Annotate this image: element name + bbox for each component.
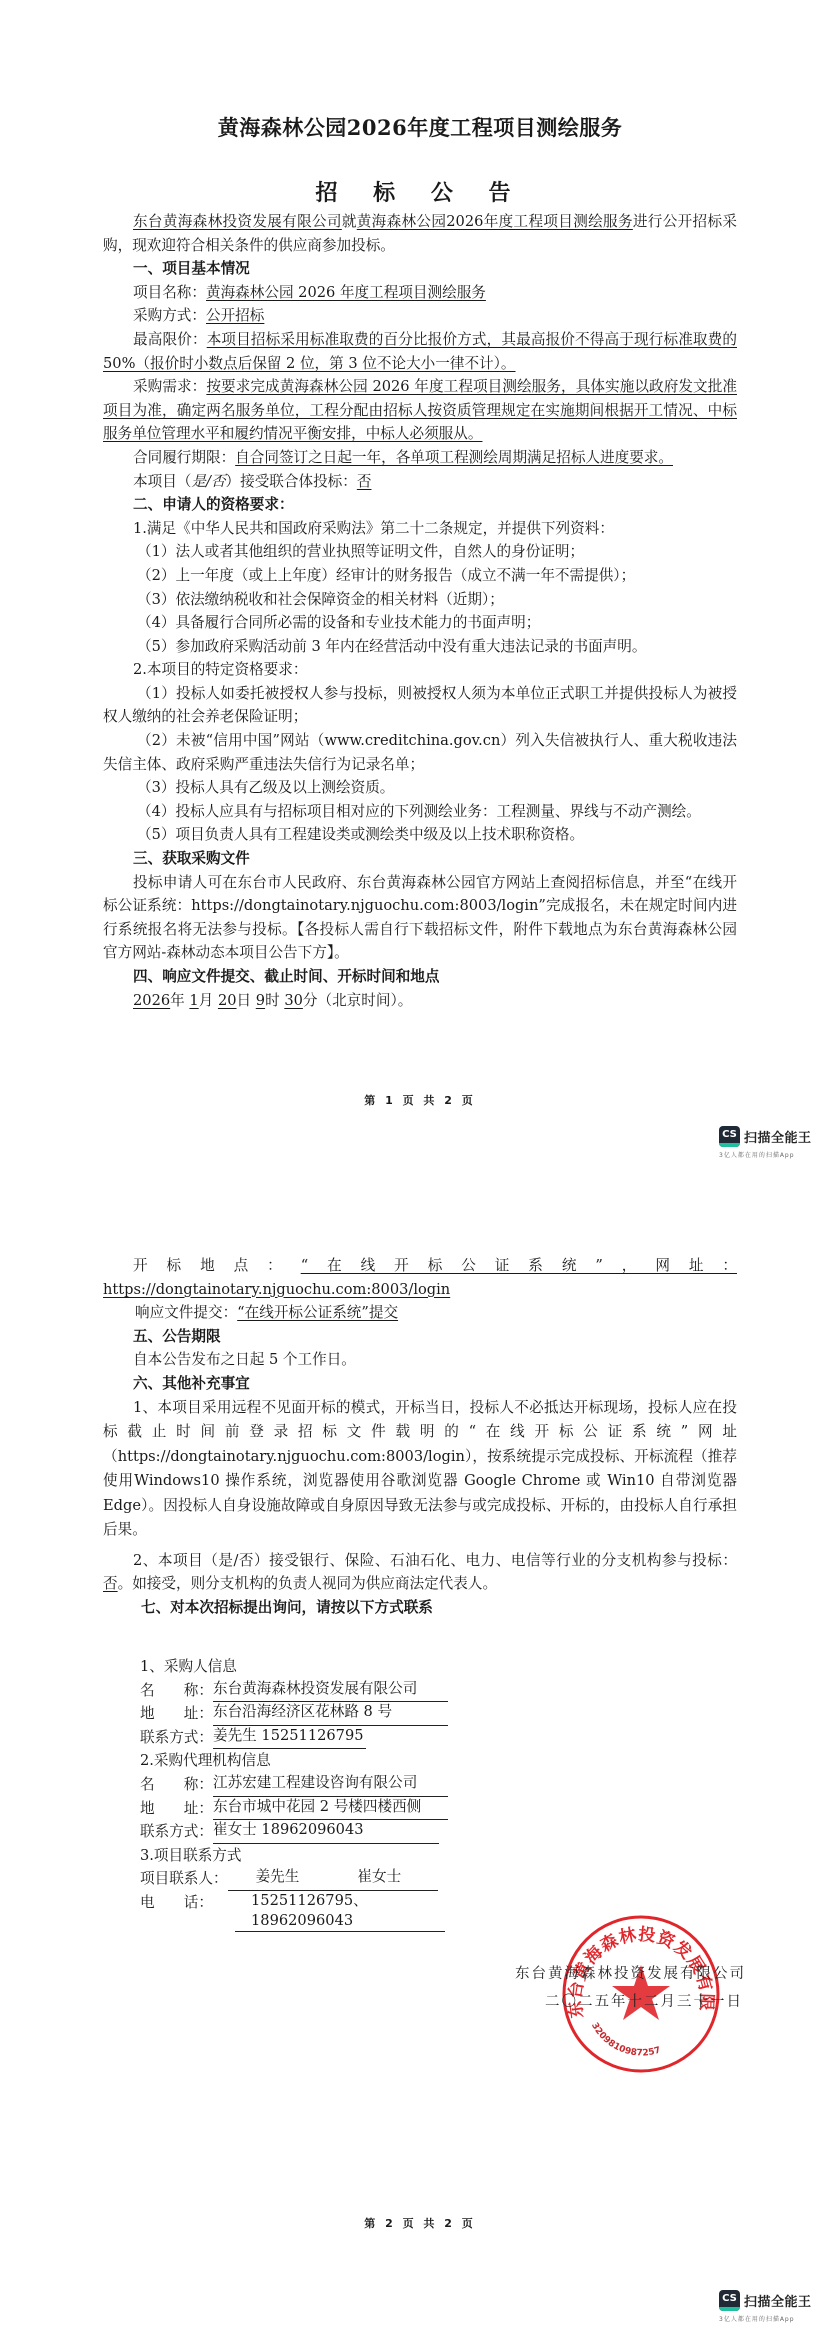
document-subtitle: 招 标 公 告 — [0, 176, 840, 207]
purchaser-name: 东台黄海森林投资发展有限公司 — [133, 213, 342, 230]
section4-heading: 四、响应文件提交、截止时间、开标时间和地点 — [103, 965, 737, 989]
svg-text:3209810987257: 3209810987257 — [589, 2021, 662, 2058]
watermark-tagline: 3亿人都在用的扫描App — [719, 1150, 819, 1159]
project-name-value: 黄海森林公园 2026 年度工程项目测绘服务 — [206, 284, 486, 301]
deadline-month: 1 — [189, 992, 198, 1009]
deadline-minute: 30 — [284, 992, 303, 1009]
purchaser-address-row: 地 址： 东台沿海经济区花林路 8 号 — [140, 1702, 448, 1726]
section3-text: 投标申请人可在东台市人民政府、东台黄海森林公园官方网站上查阅招标信息，并至“在线… — [103, 871, 737, 965]
camscanner-watermark: CS 扫描全能王 3亿人都在用的扫描App — [719, 1126, 819, 1159]
general-requirements-heading: 1.满足《中华人民共和国政府采购法》第二十二条规定，并提供下列资料： — [103, 517, 737, 541]
method-row: 采购方式：公开招标 — [103, 304, 737, 328]
section6-heading: 六、其他补充事宜 — [103, 1372, 737, 1396]
period-value: 自合同签订之日起一年，各单项工程测绘周期满足招标人进度要求。 — [235, 449, 673, 466]
section6-item2: 2、本项目（是/否）接受银行、保险、石油石化、电力、电信等行业的分支机构参与投标… — [103, 1549, 737, 1596]
deadline-year: 2026 — [133, 992, 170, 1009]
opening-place-row: 开标地点：“在线开标公证系统”，网址：https://dongtainotary… — [103, 1254, 737, 1301]
general-item: （2）上一年度（或上上年度）经审计的财务报告（成立不满一年不需提供）； — [103, 564, 737, 588]
section7-heading: 七、对本次招标提出询问，请按以下方式联系 — [103, 1596, 737, 1620]
general-item: （1）法人或者其他组织的营业执照等证明文件，自然人的身份证明； — [103, 540, 737, 564]
section5-text: 自本公告发布之日起 5 个工作日。 — [103, 1348, 737, 1372]
general-item: （4）具备履行合同所必需的设备和专业技术能力的书面声明； — [103, 611, 737, 635]
submission-value: “在线开标公证系统”提交 — [237, 1304, 398, 1321]
branch-accept-value: 否 — [103, 1575, 118, 1592]
specific-item: （3）投标人具有乙级及以上测绘资质。 — [103, 776, 737, 800]
consortium-value: 否 — [357, 473, 372, 490]
purchaser-name-row: 名 称： 东台黄海森林投资发展有限公司 — [140, 1679, 448, 1703]
section2-heading: 二、申请人的资格要求： — [103, 493, 737, 517]
agency-contact-value: 崔女士 18962096043 — [213, 1820, 439, 1844]
page1-body: 东台黄海森林投资发展有限公司就黄海森林公园2026年度工程项目测绘服务进行公开招… — [103, 210, 737, 1012]
deadline-day: 20 — [218, 992, 237, 1009]
project-phone-row: 电 话： 15251126795、18962096043 — [140, 1891, 448, 1932]
project-person-row: 项目联系人： 姜先生崔女士 — [140, 1867, 448, 1891]
project-person-1: 姜先生 — [256, 1868, 300, 1885]
specific-item: （4）投标人应具有与招标项目相对应的下列测绘业务：工程测量、界线与不动产测绘。 — [103, 800, 737, 824]
purchaser-info-heading: 1、采购人信息 — [140, 1655, 448, 1679]
camscanner-logo-icon: CS — [719, 1126, 740, 1147]
specific-item: （1）投标人如委托被授权人参与投标，则被授权人须为本单位正式职工并提供投标人为被… — [103, 682, 737, 729]
period-row: 合同履行期限：自合同签订之日起一年，各单项工程测绘周期满足招标人进度要求。 — [103, 446, 737, 470]
project-contact-heading: 3.项目联系方式 — [140, 1844, 448, 1868]
intro-project-name: 黄海森林公园2026年度工程项目测绘服务 — [357, 213, 633, 230]
watermark-name: 扫描全能王 — [744, 2291, 812, 2310]
section6-item1: 1、本项目采用远程不见面开标的模式，开标当日，投标人不必抵达开标现场，投标人应在… — [103, 1396, 737, 1543]
document-page-2: 开标地点：“在线开标公证系统”，网址：https://dongtainotary… — [0, 1180, 840, 2347]
purchaser-contact-value: 姜先生 15251126795 — [213, 1726, 366, 1750]
max-price-row: 最高限价：本项目招标采用标准取费的百分比报价方式，其最高报价不得高于现行标准取费… — [103, 328, 737, 375]
project-persons: 姜先生崔女士 — [228, 1867, 438, 1891]
agency-name-value: 江苏宏建工程建设咨询有限公司 — [213, 1773, 448, 1797]
specific-item: （2）未被“信用中国”网站（www.creditchina.gov.cn）列入失… — [103, 729, 737, 776]
agency-address-value: 东台市城中花园 2 号楼四楼西侧 — [213, 1797, 448, 1821]
agency-address-row: 地 址： 东台市城中花园 2 号楼四楼西侧 — [140, 1797, 448, 1821]
page2-body: 开标地点：“在线开标公证系统”，网址：https://dongtainotary… — [103, 1254, 737, 1619]
consortium-row: 本项目（是/否）接受联合体投标：否 — [103, 470, 737, 494]
purchaser-address-value: 东台沿海经济区花林路 8 号 — [213, 1702, 448, 1726]
method-value: 公开招标 — [206, 307, 264, 324]
agency-name-row: 名 称： 江苏宏建工程建设咨询有限公司 — [140, 1773, 448, 1797]
general-item: （5）参加政府采购活动前 3 年内在经营活动中没有重大违法记录的书面声明。 — [103, 635, 737, 659]
watermark-tagline: 3亿人都在用的扫描App — [719, 2314, 819, 2323]
camscanner-watermark: CS 扫描全能王 3亿人都在用的扫描App — [719, 2290, 819, 2323]
agency-info-heading: 2.采购代理机构信息 — [140, 1749, 448, 1773]
contact-info: 1、采购人信息 名 称： 东台黄海森林投资发展有限公司 地 址： 东台沿海经济区… — [140, 1655, 448, 1932]
camscanner-logo-icon: CS — [719, 2290, 740, 2311]
project-name-row: 项目名称：黄海森林公园 2026 年度工程项目测绘服务 — [103, 281, 737, 305]
deadline-row: 2026年 1月 20日 9时 30分（北京时间）。 — [103, 989, 737, 1013]
document-page-1: 黄海森林公园2026年度工程项目测绘服务 招 标 公 告 东台黄海森林投资发展有… — [0, 0, 840, 1180]
project-phone-value: 15251126795、18962096043 — [235, 1891, 445, 1932]
general-item: （3）依法缴纳税收和社会保障资金的相关材料（近期）； — [103, 588, 737, 612]
seal-code: 3209810987257 — [589, 2021, 662, 2058]
specific-item: （5）项目负责人具有工程建设类或测绘类中级及以上技术职称资格。 — [103, 823, 737, 847]
watermark-name: 扫描全能王 — [744, 1127, 812, 1146]
document-title: 黄海森林公园2026年度工程项目测绘服务 — [0, 112, 840, 142]
deadline-hour: 9 — [256, 992, 265, 1009]
intro-paragraph: 东台黄海森林投资发展有限公司就黄海森林公园2026年度工程项目测绘服务进行公开招… — [103, 210, 737, 257]
purchaser-contact-row: 联系方式： 姜先生 15251126795 — [140, 1726, 448, 1750]
submission-row: 响应文件提交：“在线开标公证系统”提交 — [103, 1301, 737, 1325]
section5-heading: 五、公告期限 — [103, 1325, 737, 1349]
agency-contact-row: 联系方式： 崔女士 18962096043 — [140, 1820, 448, 1844]
demand-row: 采购需求：按要求完成黄海森林公园 2026 年度工程项目测绘服务，具体实施以政府… — [103, 375, 737, 446]
signature-company: 东台黄海森林投资发展有限公司 — [515, 1962, 746, 1983]
section3-heading: 三、获取采购文件 — [103, 847, 737, 871]
page-number-footer: 第 2 页 共 2 页 — [0, 2215, 840, 2231]
specific-requirements-heading: 2.本项目的特定资格要求： — [103, 658, 737, 682]
signature-date: 二〇二五年十二月三十一日 — [545, 1990, 743, 2011]
section1-heading: 一、项目基本情况 — [103, 257, 737, 281]
project-person-2: 崔女士 — [357, 1868, 401, 1885]
page-number-footer: 第 1 页 共 2 页 — [0, 1092, 840, 1108]
purchaser-name-value: 东台黄海森林投资发展有限公司 — [213, 1679, 448, 1703]
